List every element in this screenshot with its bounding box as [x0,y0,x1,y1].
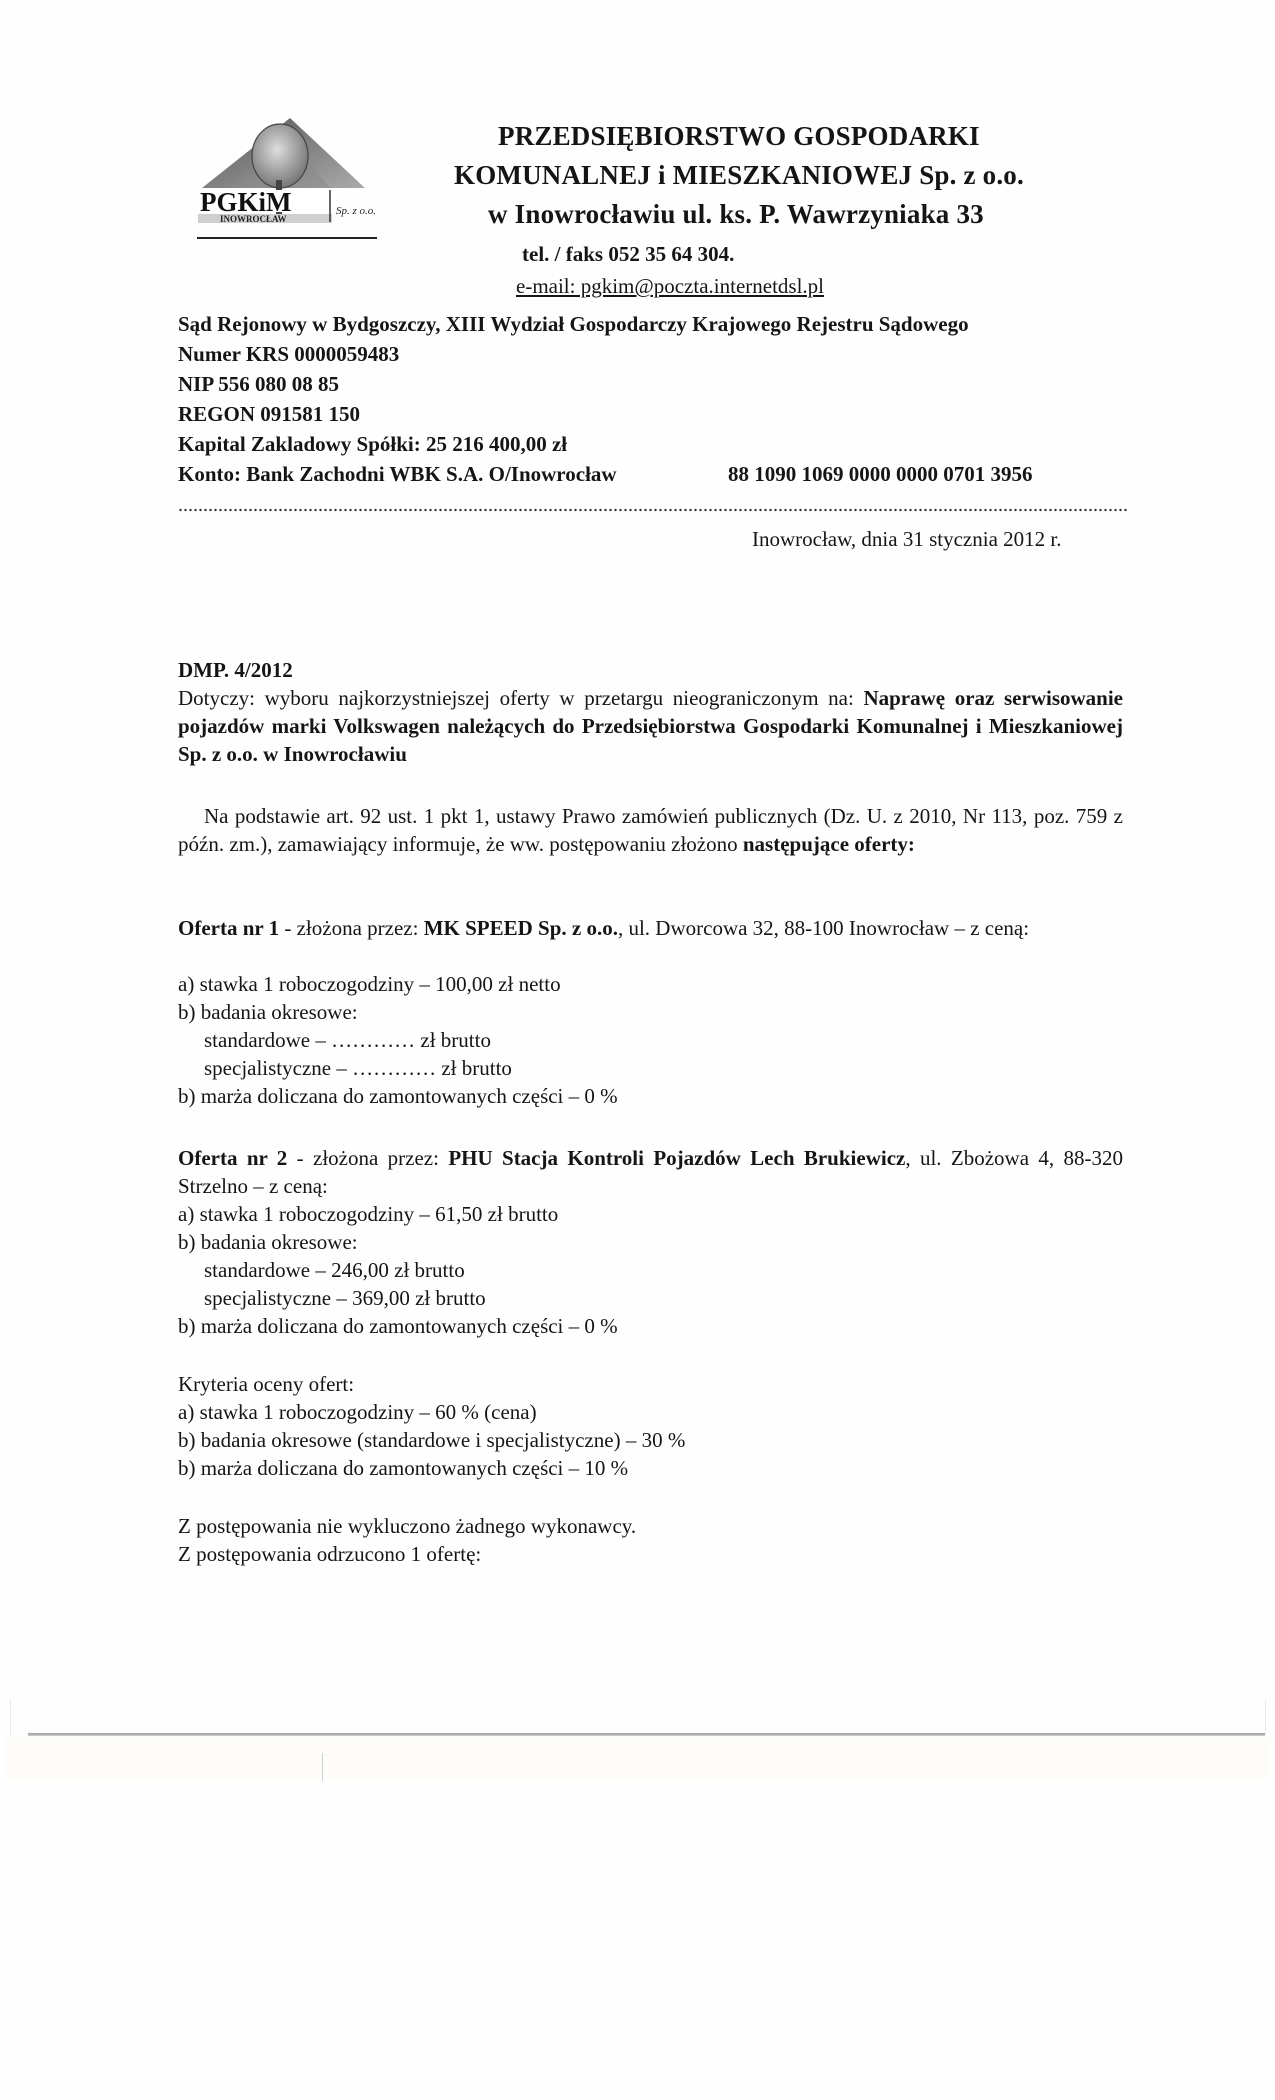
scan-mark [322,1753,323,1781]
subject-paragraph: Dotyczy: wyboru najkorzystniejszej ofert… [178,684,1123,768]
logo-underline [197,237,377,239]
criteria-section: Kryteria oceny ofert: a) stawka 1 robocz… [178,1370,685,1482]
list-item: standardowe – 246,00 zł brutto [178,1256,618,1284]
list-item: specjalistyczne – 369,00 zł brutto [178,1284,618,1312]
intro-bold-tail: następujące oferty: [743,832,915,856]
court-registration: Sąd Rejonowy w Bydgoszczy, XIII Wydział … [178,309,969,339]
offer-1-items: a) stawka 1 roboczogodziny – 100,00 zł n… [178,970,618,1110]
scan-bottom-strip [5,1738,1270,1780]
mountain-tree-logo-icon: PGKiM INOWROCŁAW Sp. z o.o. [190,110,390,242]
nip-number: NIP 556 080 08 85 [178,369,339,399]
list-item: specjalistyczne – ………… zł brutto [178,1054,618,1082]
svg-text:INOWROCŁAW: INOWROCŁAW [220,214,287,224]
reference-number: DMP. 4/2012 [178,656,293,684]
offer-2-header: Oferta nr 2 - złożona przez: PHU Stacja … [178,1144,1123,1200]
scan-edge-left [10,1700,11,1735]
offer-label: Oferta nr 1 [178,916,279,940]
scanned-page: PGKiM INOWROCŁAW Sp. z o.o. PRZEDSIĘBIOR… [0,0,1275,2100]
bank-account-label: Konto: Bank Zachodni WBK S.A. O/Inowrocł… [178,459,617,489]
scan-edge-right [1265,1700,1266,1735]
list-item: b) badania okresowe: [178,998,618,1026]
scan-bottom-edge [28,1733,1265,1736]
closing-section: Z postępowania nie wykluczono żadnego wy… [178,1512,636,1568]
list-item: b) marża doliczana do zamontowanych częś… [178,1454,685,1482]
company-address: w Inowrocławiu ul. ks. P. Wawrzyniaka 33 [488,199,984,230]
subject-prefix: Dotyczy: wyboru najkorzystniejszej ofert… [178,686,863,710]
list-item: a) stawka 1 roboczogodziny – 100,00 zł n… [178,970,618,998]
company-phone: tel. / faks 052 35 64 304. [522,242,734,267]
offer-1-header: Oferta nr 1 - złożona przez: MK SPEED Sp… [178,914,1123,942]
list-item: b) badania okresowe: [178,1228,618,1256]
company-logo: PGKiM INOWROCŁAW Sp. z o.o. [190,110,390,242]
share-capital: Kapital Zakladowy Spółki: 25 216 400,00 … [178,429,567,459]
offer-company: PHU Stacja Kontroli Pojazdów Lech Brukie… [448,1146,905,1170]
krs-number: Numer KRS 0000059483 [178,339,399,369]
closing-line: Z postępowania nie wykluczono żadnego wy… [178,1512,636,1540]
offer-label: Oferta nr 2 [178,1146,287,1170]
criteria-title: Kryteria oceny ofert: [178,1370,685,1398]
company-email: e-mail: pgkim@poczta.internetdsl.pl [516,274,824,299]
list-item: b) marża doliczana do zamontowanych częś… [178,1082,618,1110]
date-line: Inowrocław, dnia 31 stycznia 2012 r. [752,525,1061,553]
intro-text: Na podstawie art. 92 ust. 1 pkt 1, ustaw… [178,804,1123,856]
offer-company: MK SPEED Sp. z o.o. [424,916,618,940]
dotted-separator [178,508,1128,512]
offer-by: - złożona przez: [287,1146,448,1170]
closing-line: Z postępowania odrzucono 1 ofertę: [178,1540,636,1568]
offer-2-items: a) stawka 1 roboczogodziny – 61,50 zł br… [178,1200,618,1340]
intro-paragraph: Na podstawie art. 92 ust. 1 pkt 1, ustaw… [178,802,1123,858]
list-item: a) stawka 1 roboczogodziny – 60 % (cena) [178,1398,685,1426]
offer-by: - złożona przez: [279,916,424,940]
svg-text:Sp. z o.o.: Sp. z o.o. [336,205,376,217]
company-name-line1: PRZEDSIĘBIORSTWO GOSPODARKI [498,121,980,152]
list-item: standardowe – ………… zł brutto [178,1026,618,1054]
list-item: a) stawka 1 roboczogodziny – 61,50 zł br… [178,1200,618,1228]
company-name-line2: KOMUNALNEJ i MIESZKANIOWEJ Sp. z o.o. [454,160,1024,191]
list-item: b) marża doliczana do zamontowanych częś… [178,1312,618,1340]
offer-address: , ul. Dworcowa 32, 88-100 Inowrocław – z… [618,916,1029,940]
list-item: b) badania okresowe (standardowe i specj… [178,1426,685,1454]
svg-text:PGKiM: PGKiM [200,187,291,217]
bank-account-number: 88 1090 1069 0000 0000 0701 3956 [728,459,1033,489]
regon-number: REGON 091581 150 [178,399,360,429]
